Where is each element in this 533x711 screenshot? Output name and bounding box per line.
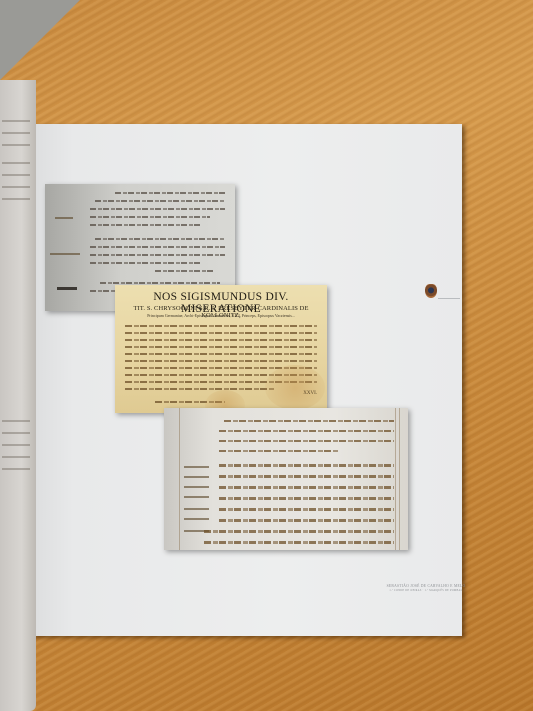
emblem-rule: [438, 298, 460, 299]
decree-subtitle-small: Principum Germaniae, Archi-Episcopus Vie…: [115, 313, 327, 318]
caption-subtitle: 1.º CONDE DE OEIRAS · 1.º MARQUÊS DE POM…: [380, 589, 472, 593]
left-page-edge: [0, 80, 36, 711]
page-caption: SEBASTIÃO JOSÉ DE CARVALHO E MELO 1.º CO…: [380, 584, 472, 593]
printed-decree: NOS SIGISMUNDUS DIV. MISERATIONE TIT. S.…: [115, 285, 327, 413]
coat-of-arms-icon: [425, 284, 437, 298]
manuscript-register: [164, 408, 408, 550]
